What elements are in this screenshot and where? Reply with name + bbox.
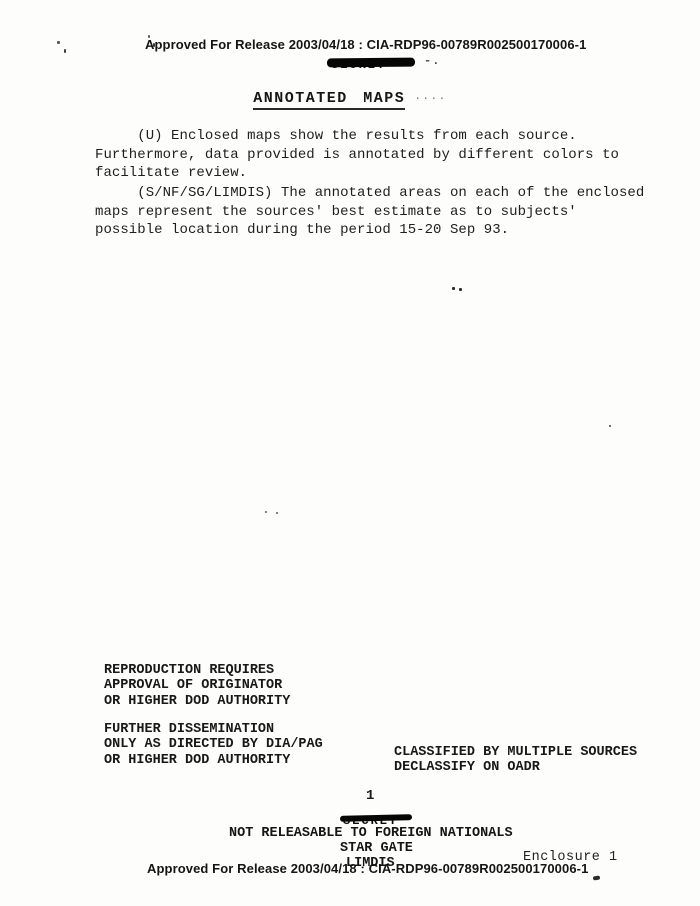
- classified-by-notice: CLASSIFIED BY MULTIPLE SOURCES DECLASSIF…: [394, 745, 637, 776]
- title-trailing-marks: ....: [414, 91, 446, 103]
- secret-stamp-top: SECRET: [331, 55, 386, 70]
- scan-artifact: [57, 41, 60, 44]
- scan-artifact: [593, 876, 600, 881]
- reproduction-notice: REPRODUCTION REQUIRES APPROVAL OF ORIGIN…: [104, 663, 290, 709]
- dissemination-notice: FURTHER DISSEMINATION ONLY AS DIRECTED B…: [104, 722, 323, 768]
- paragraph-unclassified: (U) Enclosed maps show the results from …: [95, 127, 619, 183]
- redaction-bar: [327, 58, 415, 68]
- not-releasable-caveat: NOT RELEASABLE TO FOREIGN NATIONALS: [229, 826, 513, 841]
- star-gate-program-label: STAR GATE: [340, 841, 413, 856]
- approval-header-line: Approved For Release 2003/04/18 : CIA-RD…: [145, 37, 586, 52]
- page-title: ANNOTATED MAPS: [253, 90, 405, 110]
- secret-stamp-bottom: SECRET: [343, 811, 398, 826]
- enclosure-label: Enclosure 1: [523, 850, 618, 865]
- limdis-caveat: LIMDIS: [346, 856, 395, 871]
- scan-artifact: [265, 511, 267, 513]
- redaction-bar: [340, 814, 412, 822]
- page-number: 1: [366, 788, 374, 804]
- scan-artifact: [452, 287, 455, 290]
- stamp-trailing-marks: -.: [424, 54, 440, 68]
- title-row: ANNOTATED MAPS....: [0, 89, 700, 110]
- document-page: Approved For Release 2003/04/18 : CIA-RD…: [0, 0, 700, 906]
- paragraph-limdis: (S/NF/SG/LIMDIS) The annotated areas on …: [95, 184, 644, 240]
- scan-artifact: [609, 425, 611, 427]
- scan-artifact: [64, 49, 66, 53]
